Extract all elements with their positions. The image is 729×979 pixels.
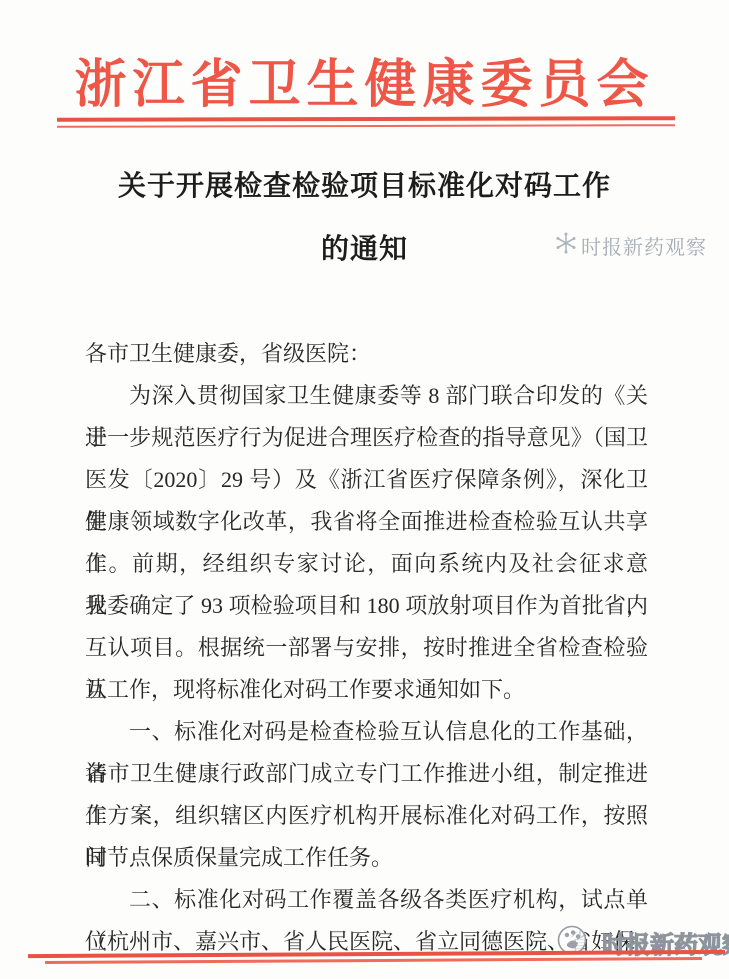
body-line: 作方案，组织辖区内医疗机构开展标准化对码工作，按照时 xyxy=(85,795,648,837)
header-rule-thin xyxy=(57,124,675,128)
body-line: 各市卫生健康行政部门成立专门工作推进小组，制定推进工 xyxy=(85,753,648,795)
body-line: 我委确定了 93 项检验项目和 180 项放射项目作为首批省内 xyxy=(85,585,648,627)
body-line: 为深入贯彻国家卫生健康委等 8 部门联合印发的《关于 xyxy=(85,375,648,417)
body-line: 认工作，现将标准化对码工作要求通知如下。 xyxy=(85,669,648,711)
document-page: 浙江省卫生健康委员会 关于开展检查检验项目标准化对码工作 的通知 各市卫生健康委… xyxy=(0,0,729,979)
body-line: 一、标准化对码是检查检验互认信息化的工作基础，请 xyxy=(85,711,648,753)
body-line: 作。前期，经组织专家讨论，面向系统内及社会征求意见， xyxy=(85,543,648,585)
watermark-mid: 时报新药观察 xyxy=(555,231,707,260)
body-line: 健康领域数字化改革，我省将全面推进检查检验互认共享工 xyxy=(85,501,648,543)
body-line: 互认项目。根据统一部署与安排，按时推进全省检查检验互 xyxy=(85,627,648,669)
document-title-line1: 关于开展检查检验项目标准化对码工作 xyxy=(0,164,729,204)
body-line: 进一步规范医疗行为促进合理医疗检查的指导意见》（国卫 xyxy=(85,417,648,459)
body-line: 间节点保质保量完成工作任务。 xyxy=(85,837,648,879)
watermark-label: 时报新药观察 xyxy=(581,231,707,260)
watermark-badge-icon xyxy=(556,924,588,961)
watermark-snowflake-icon xyxy=(555,232,577,259)
body-line: 二、标准化对码工作覆盖各级各类医疗机构，试点单位 xyxy=(85,879,648,921)
agency-header: 浙江省卫生健康委员会 xyxy=(0,42,729,117)
header-rule-thick xyxy=(57,116,675,122)
body-line: 医发〔2020〕29 号）及《浙江省医疗保障条例》，深化卫生 xyxy=(85,459,648,501)
watermark-bottom: 时报新药观察 xyxy=(556,924,729,961)
document-body: 各市卫生健康委，省级医院： 为深入贯彻国家卫生健康委等 8 部门联合印发的《关于… xyxy=(85,333,648,963)
body-line-salutation: 各市卫生健康委，省级医院： xyxy=(85,333,648,375)
watermark-label-outline: 时报新药观察 xyxy=(602,925,729,960)
